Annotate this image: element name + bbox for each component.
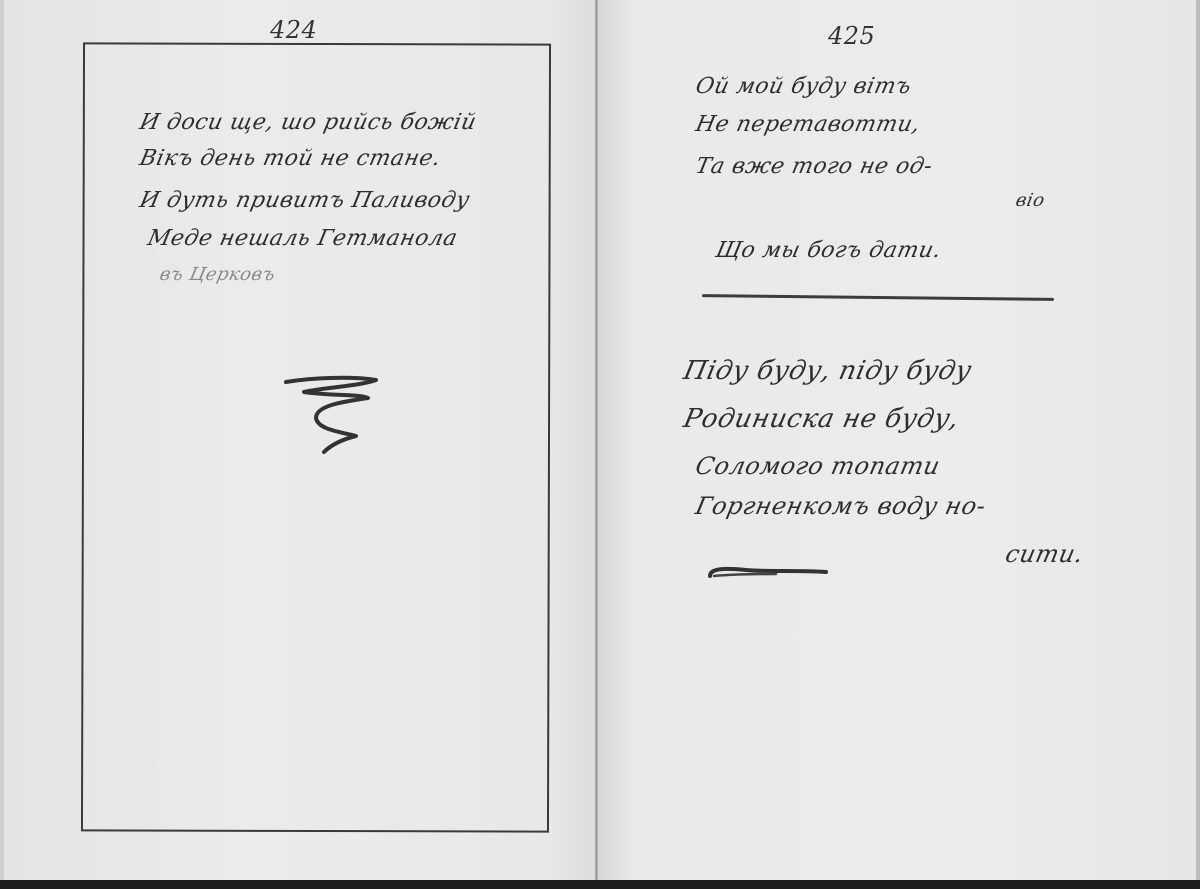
page-number: 424: [270, 16, 317, 44]
text-line: Вікъ день той не стане.: [137, 146, 443, 171]
text-line: Не перетавотти,: [693, 112, 922, 137]
text-line: Родиниска не буду,: [681, 404, 962, 434]
manuscript-spread: 424 И доси ще, шо рийсь божій Вікъ день …: [0, 0, 1200, 880]
text-line: Меде нешаль Гетманола: [145, 226, 459, 251]
page-edge: [1196, 0, 1200, 880]
right-page: 425 Ой мой буду вітъ Не перетавотти, Та …: [598, 0, 1200, 880]
text-line: Та вже того не од-: [693, 154, 935, 179]
end-flourish-icon: [280, 370, 380, 460]
text-line: Піду буду, піду буду: [681, 356, 975, 386]
left-page: 424 И доси ще, шо рийсь божій Вікъ день …: [0, 0, 597, 880]
page-number: 425: [828, 22, 875, 50]
text-line: Що мы богъ дати.: [713, 238, 943, 263]
text-line-continuation: сити.: [1003, 540, 1086, 568]
section-divider: [702, 294, 1054, 301]
page-edge: [0, 0, 4, 880]
text-line-continuation: віо: [1014, 190, 1047, 211]
text-line: Соломого топати: [693, 452, 943, 480]
pencil-note: въ Церковъ: [158, 264, 278, 285]
text-line: Ой мой буду вітъ: [693, 74, 913, 99]
text-line: И дуть привитъ Паливоду: [137, 188, 472, 213]
text-line: Горгненкомъ воду но-: [693, 492, 988, 520]
scan-bottom-edge: [0, 880, 1200, 889]
text-line: И доси ще, шо рийсь божій: [137, 110, 478, 135]
end-dash-icon: [706, 560, 830, 584]
